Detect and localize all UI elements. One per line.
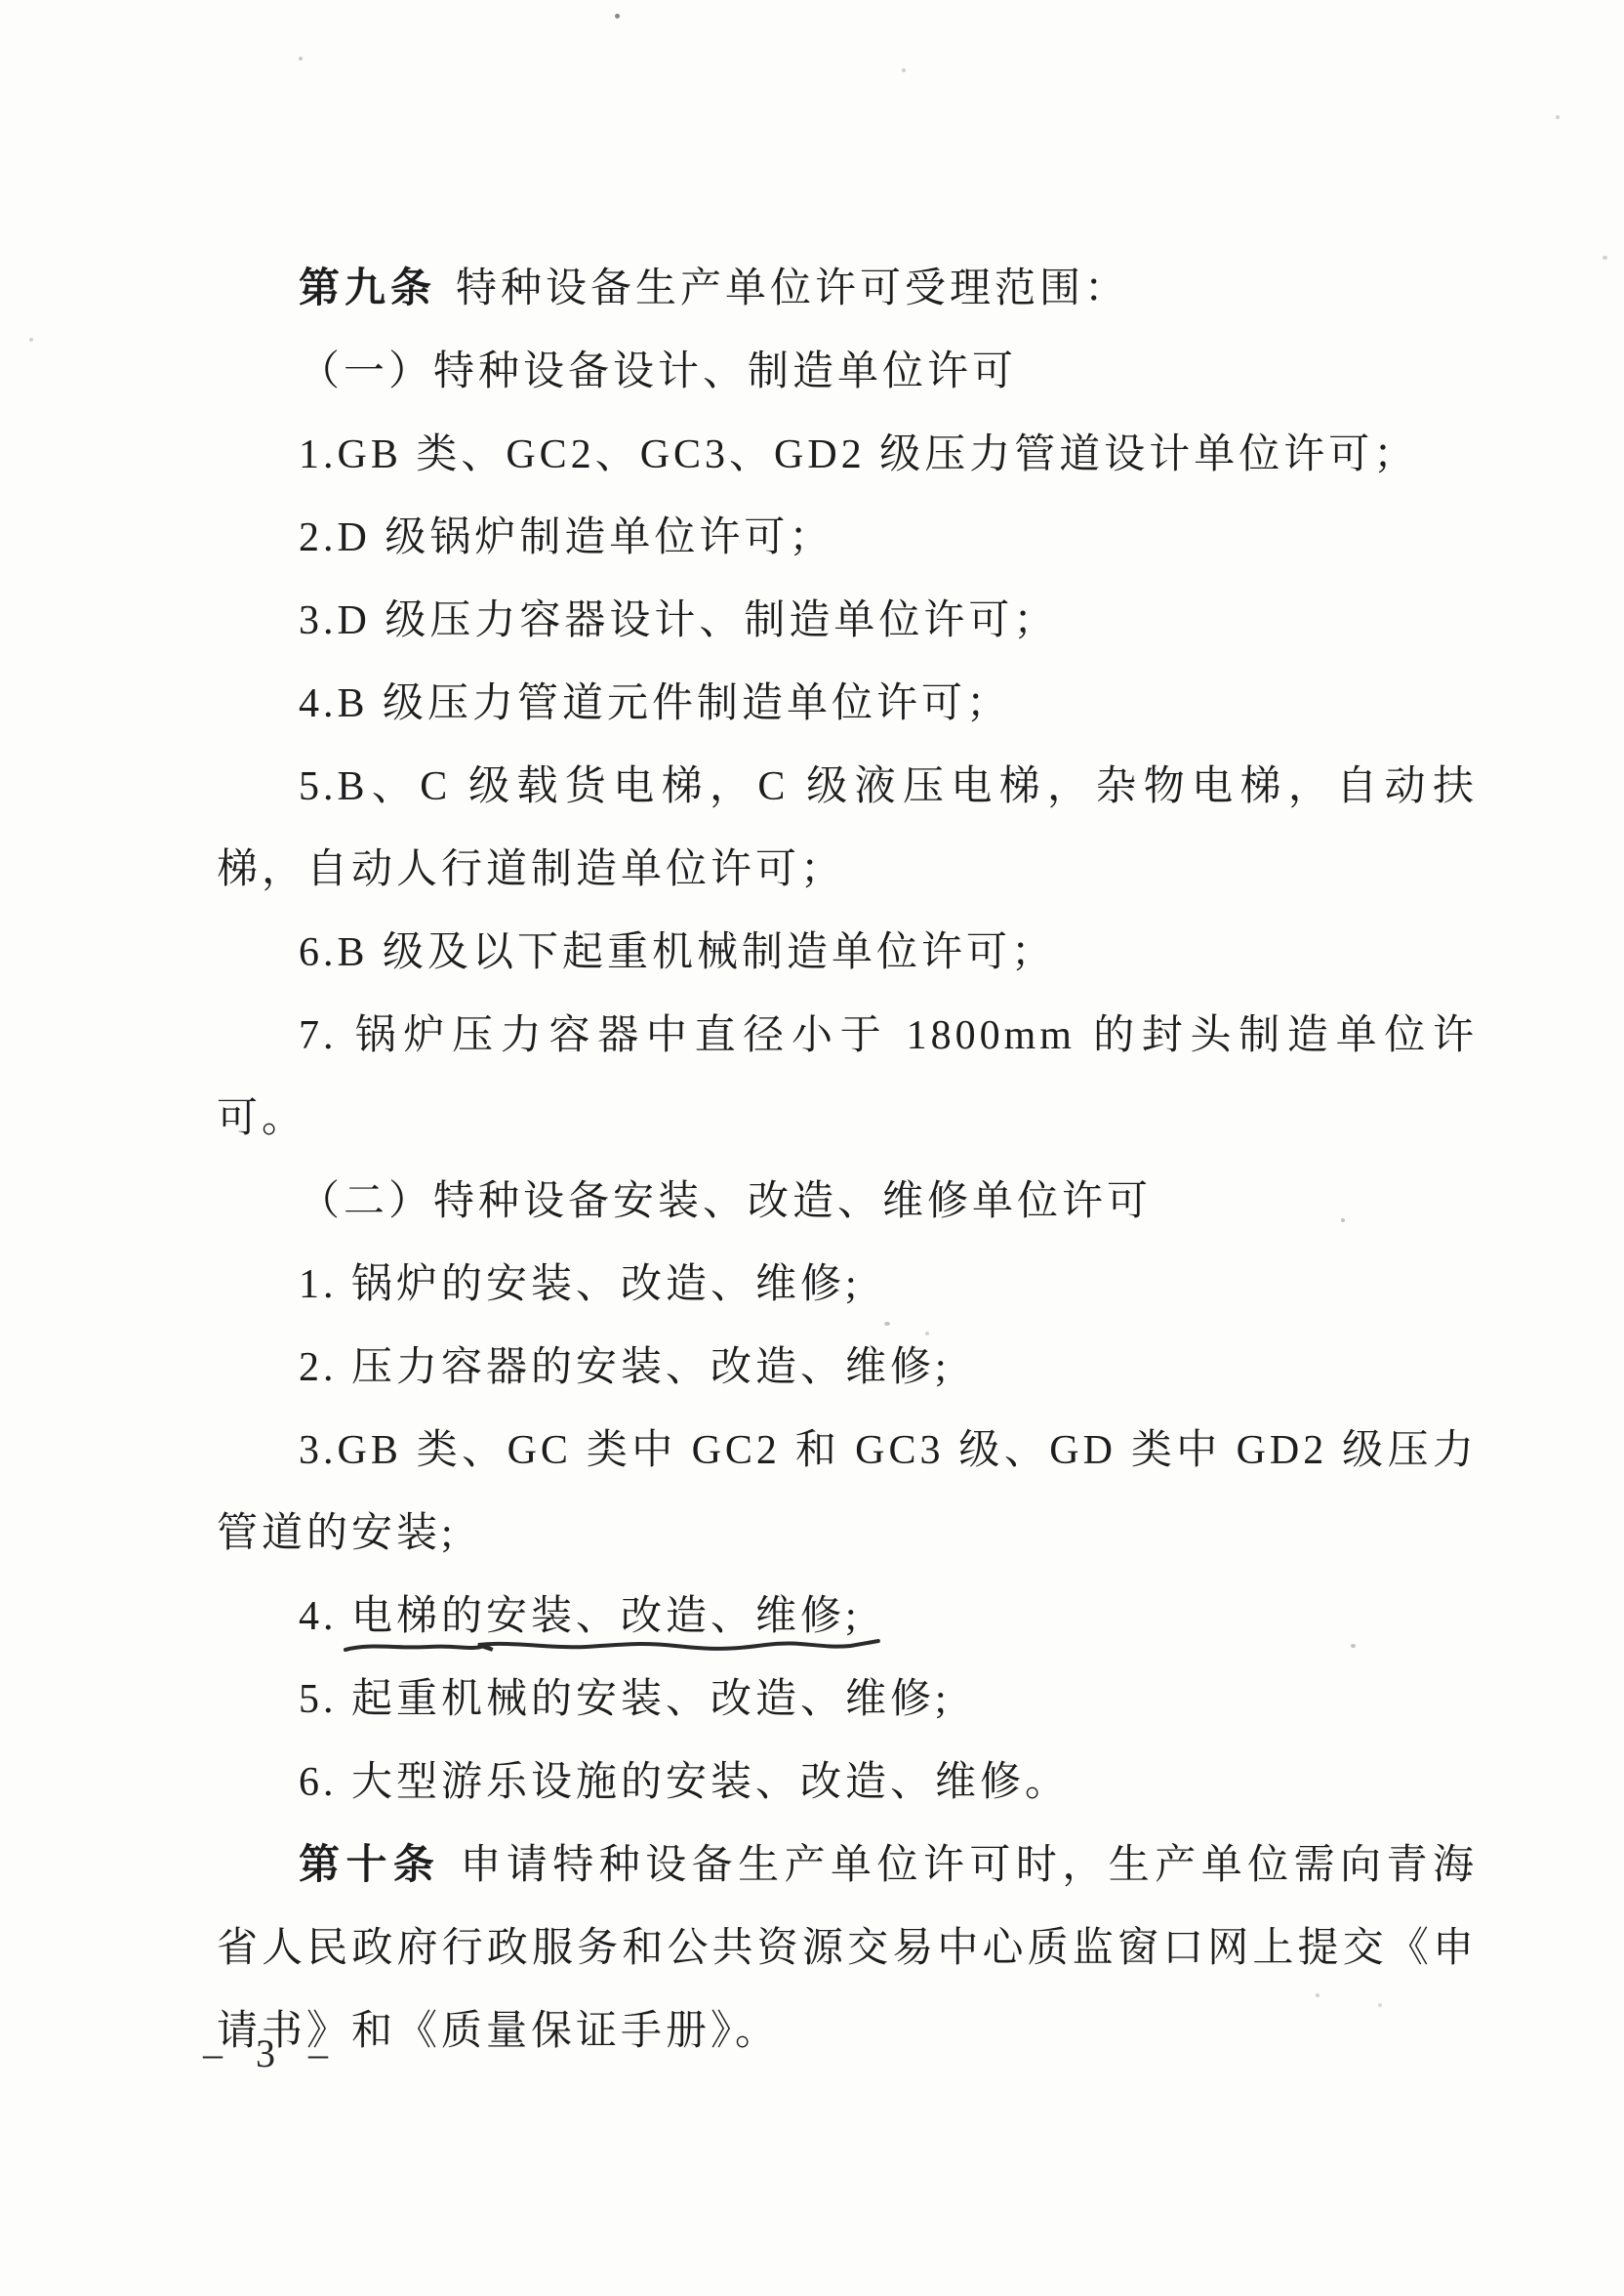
section-2-item-6: 6. 大型游乐设施的安装、改造、维修。	[217, 1742, 1478, 1824]
article-10-label: 第十条	[299, 1843, 440, 1888]
document-body: 第九条特种设备生产单位许可受理范围： （一）特种设备设计、制造单位许可 1.GB…	[217, 248, 1478, 2073]
section-2-heading: （二）特种设备安装、改造、维修单位许可	[217, 1161, 1478, 1244]
section-1-heading: （一）特种设备设计、制造单位许可	[217, 331, 1478, 414]
scan-speck	[902, 68, 906, 72]
section-1-item-6: 6.B 级及以下起重机械制造单位许可；	[217, 912, 1478, 995]
article-9-label: 第九条	[299, 266, 436, 311]
section-2-item-5: 5. 起重机械的安装、改造、维修;	[217, 1659, 1478, 1742]
article-9-title: 特种设备生产单位许可受理范围：	[456, 266, 1129, 311]
scan-speck	[1316, 1993, 1319, 1997]
page-number: – 3 –	[203, 2030, 340, 2076]
hand-drawn-underline	[344, 1637, 882, 1655]
scan-speck	[1556, 115, 1560, 119]
section-2-item-1: 1. 锅炉的安装、改造、维修;	[217, 1244, 1478, 1327]
section-2-item-4: 4. 电梯的安装、改造、维修;	[217, 1576, 1478, 1659]
article-10-paragraph: 第十条申请特种设备生产单位许可时，生产单位需向青海省人民政府行政服务和公共资源交…	[217, 1824, 1478, 2073]
section-1-item-7: 7. 锅炉压力容器中直径小于 1800mm 的封头制造单位许可。	[217, 995, 1478, 1161]
section-1-item-4: 4.B 级压力管道元件制造单位许可；	[217, 663, 1478, 746]
section-1-item-1: 1.GB 类、GC2、GC3、GD2 级压力管道设计单位许可；	[217, 414, 1478, 497]
section-2-item-4-underlined-text: 电梯的安装、改造、维修;	[351, 1594, 861, 1639]
scan-speck	[1603, 256, 1607, 260]
scan-speck	[486, 1183, 491, 1187]
section-2-item-2: 2. 压力容器的安装、改造、维修;	[217, 1327, 1478, 1410]
section-2-item-3: 3.GB 类、GC 类中 GC2 和 GC3 级、GD 类中 GD2 级压力管道…	[217, 1410, 1478, 1576]
section-1-item-5: 5.B、C 级载货电梯，C 级液压电梯，杂物电梯，自动扶梯，自动人行道制造单位许…	[217, 746, 1478, 912]
section-2-item-4-text: 电梯的安装、改造、维修;	[351, 1594, 861, 1639]
section-1-item-3: 3.D 级压力容器设计、制造单位许可；	[217, 580, 1478, 663]
scan-speck	[615, 14, 620, 19]
scan-speck	[1378, 2003, 1382, 2007]
section-2-item-4-number: 4.	[299, 1594, 351, 1639]
scan-speck	[925, 1332, 929, 1335]
scan-speck	[1351, 1644, 1356, 1648]
scan-speck	[299, 57, 303, 61]
scan-speck	[884, 1322, 890, 1326]
document-page: 第九条特种设备生产单位许可受理范围： （一）特种设备设计、制造单位许可 1.GB…	[0, 0, 1624, 2296]
scan-speck	[1341, 1218, 1345, 1222]
scan-speck	[29, 338, 33, 342]
section-1-item-2: 2.D 级锅炉制造单位许可；	[217, 497, 1478, 580]
article-9-heading: 第九条特种设备生产单位许可受理范围：	[217, 248, 1478, 331]
